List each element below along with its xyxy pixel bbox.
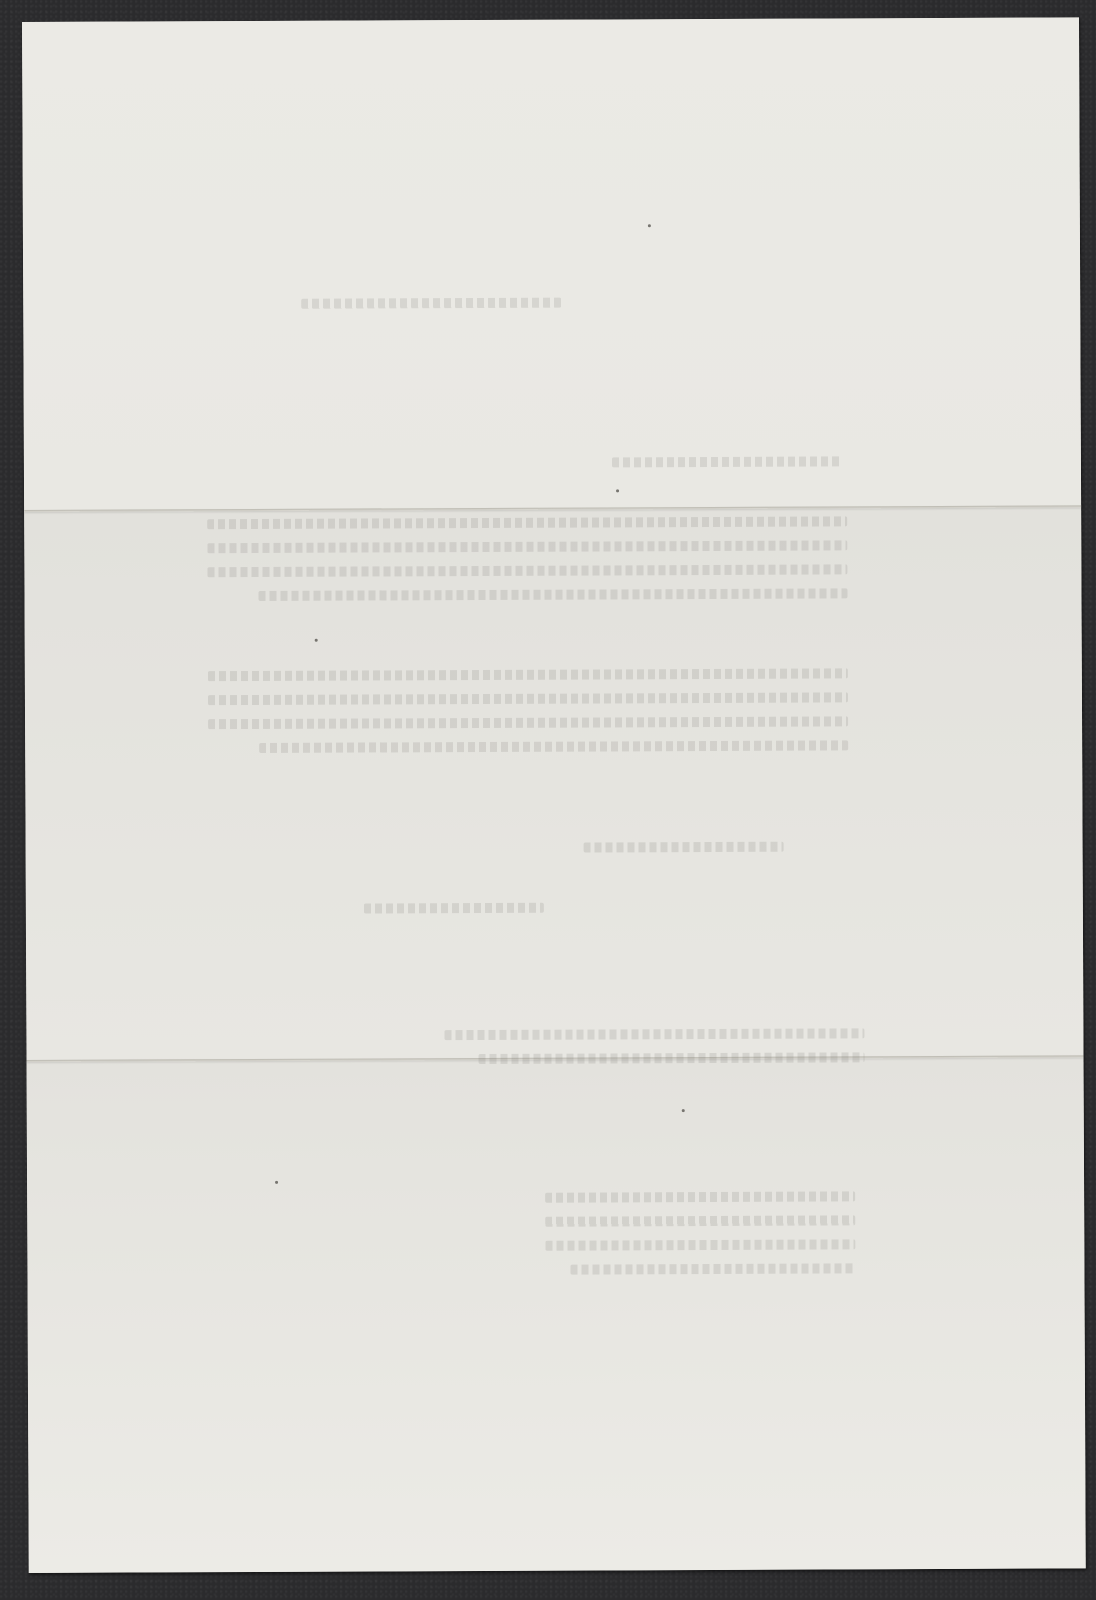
ghost-text-line <box>301 298 561 309</box>
bottom-panel <box>27 1057 1086 1573</box>
ghost-text-line <box>612 456 842 467</box>
ghost-text-line <box>478 1052 864 1064</box>
ghost-text-line <box>545 1215 855 1226</box>
speck <box>616 489 619 492</box>
ghost-text-line <box>208 716 848 729</box>
ghost-text-line <box>207 564 847 577</box>
signer-block <box>444 1028 864 1078</box>
ghost-text-line <box>207 540 847 553</box>
speck <box>682 1109 685 1112</box>
top-panel <box>22 17 1081 512</box>
signature-line <box>364 903 544 928</box>
speck <box>315 639 318 642</box>
paragraph-2 <box>208 668 848 767</box>
letter-sheet <box>22 17 1086 1573</box>
closing-line <box>584 842 784 867</box>
paragraph-1 <box>207 516 847 615</box>
ghost-text-line <box>259 588 848 601</box>
letterhead-line <box>301 298 561 323</box>
ghost-text-line <box>570 1263 855 1274</box>
ghost-text-line <box>208 668 848 681</box>
ghost-text-line <box>364 903 544 914</box>
ghost-text-line <box>259 740 848 753</box>
ghost-text-line <box>208 692 848 705</box>
ghost-text-line <box>444 1028 864 1040</box>
address-block <box>545 1191 855 1288</box>
speck <box>648 224 651 227</box>
ghost-text-line <box>545 1239 855 1250</box>
ghost-text-line <box>584 842 784 853</box>
ghost-text-line <box>207 516 847 529</box>
ghost-text-line <box>545 1191 855 1202</box>
speck <box>275 1181 278 1184</box>
date-line <box>612 456 842 481</box>
